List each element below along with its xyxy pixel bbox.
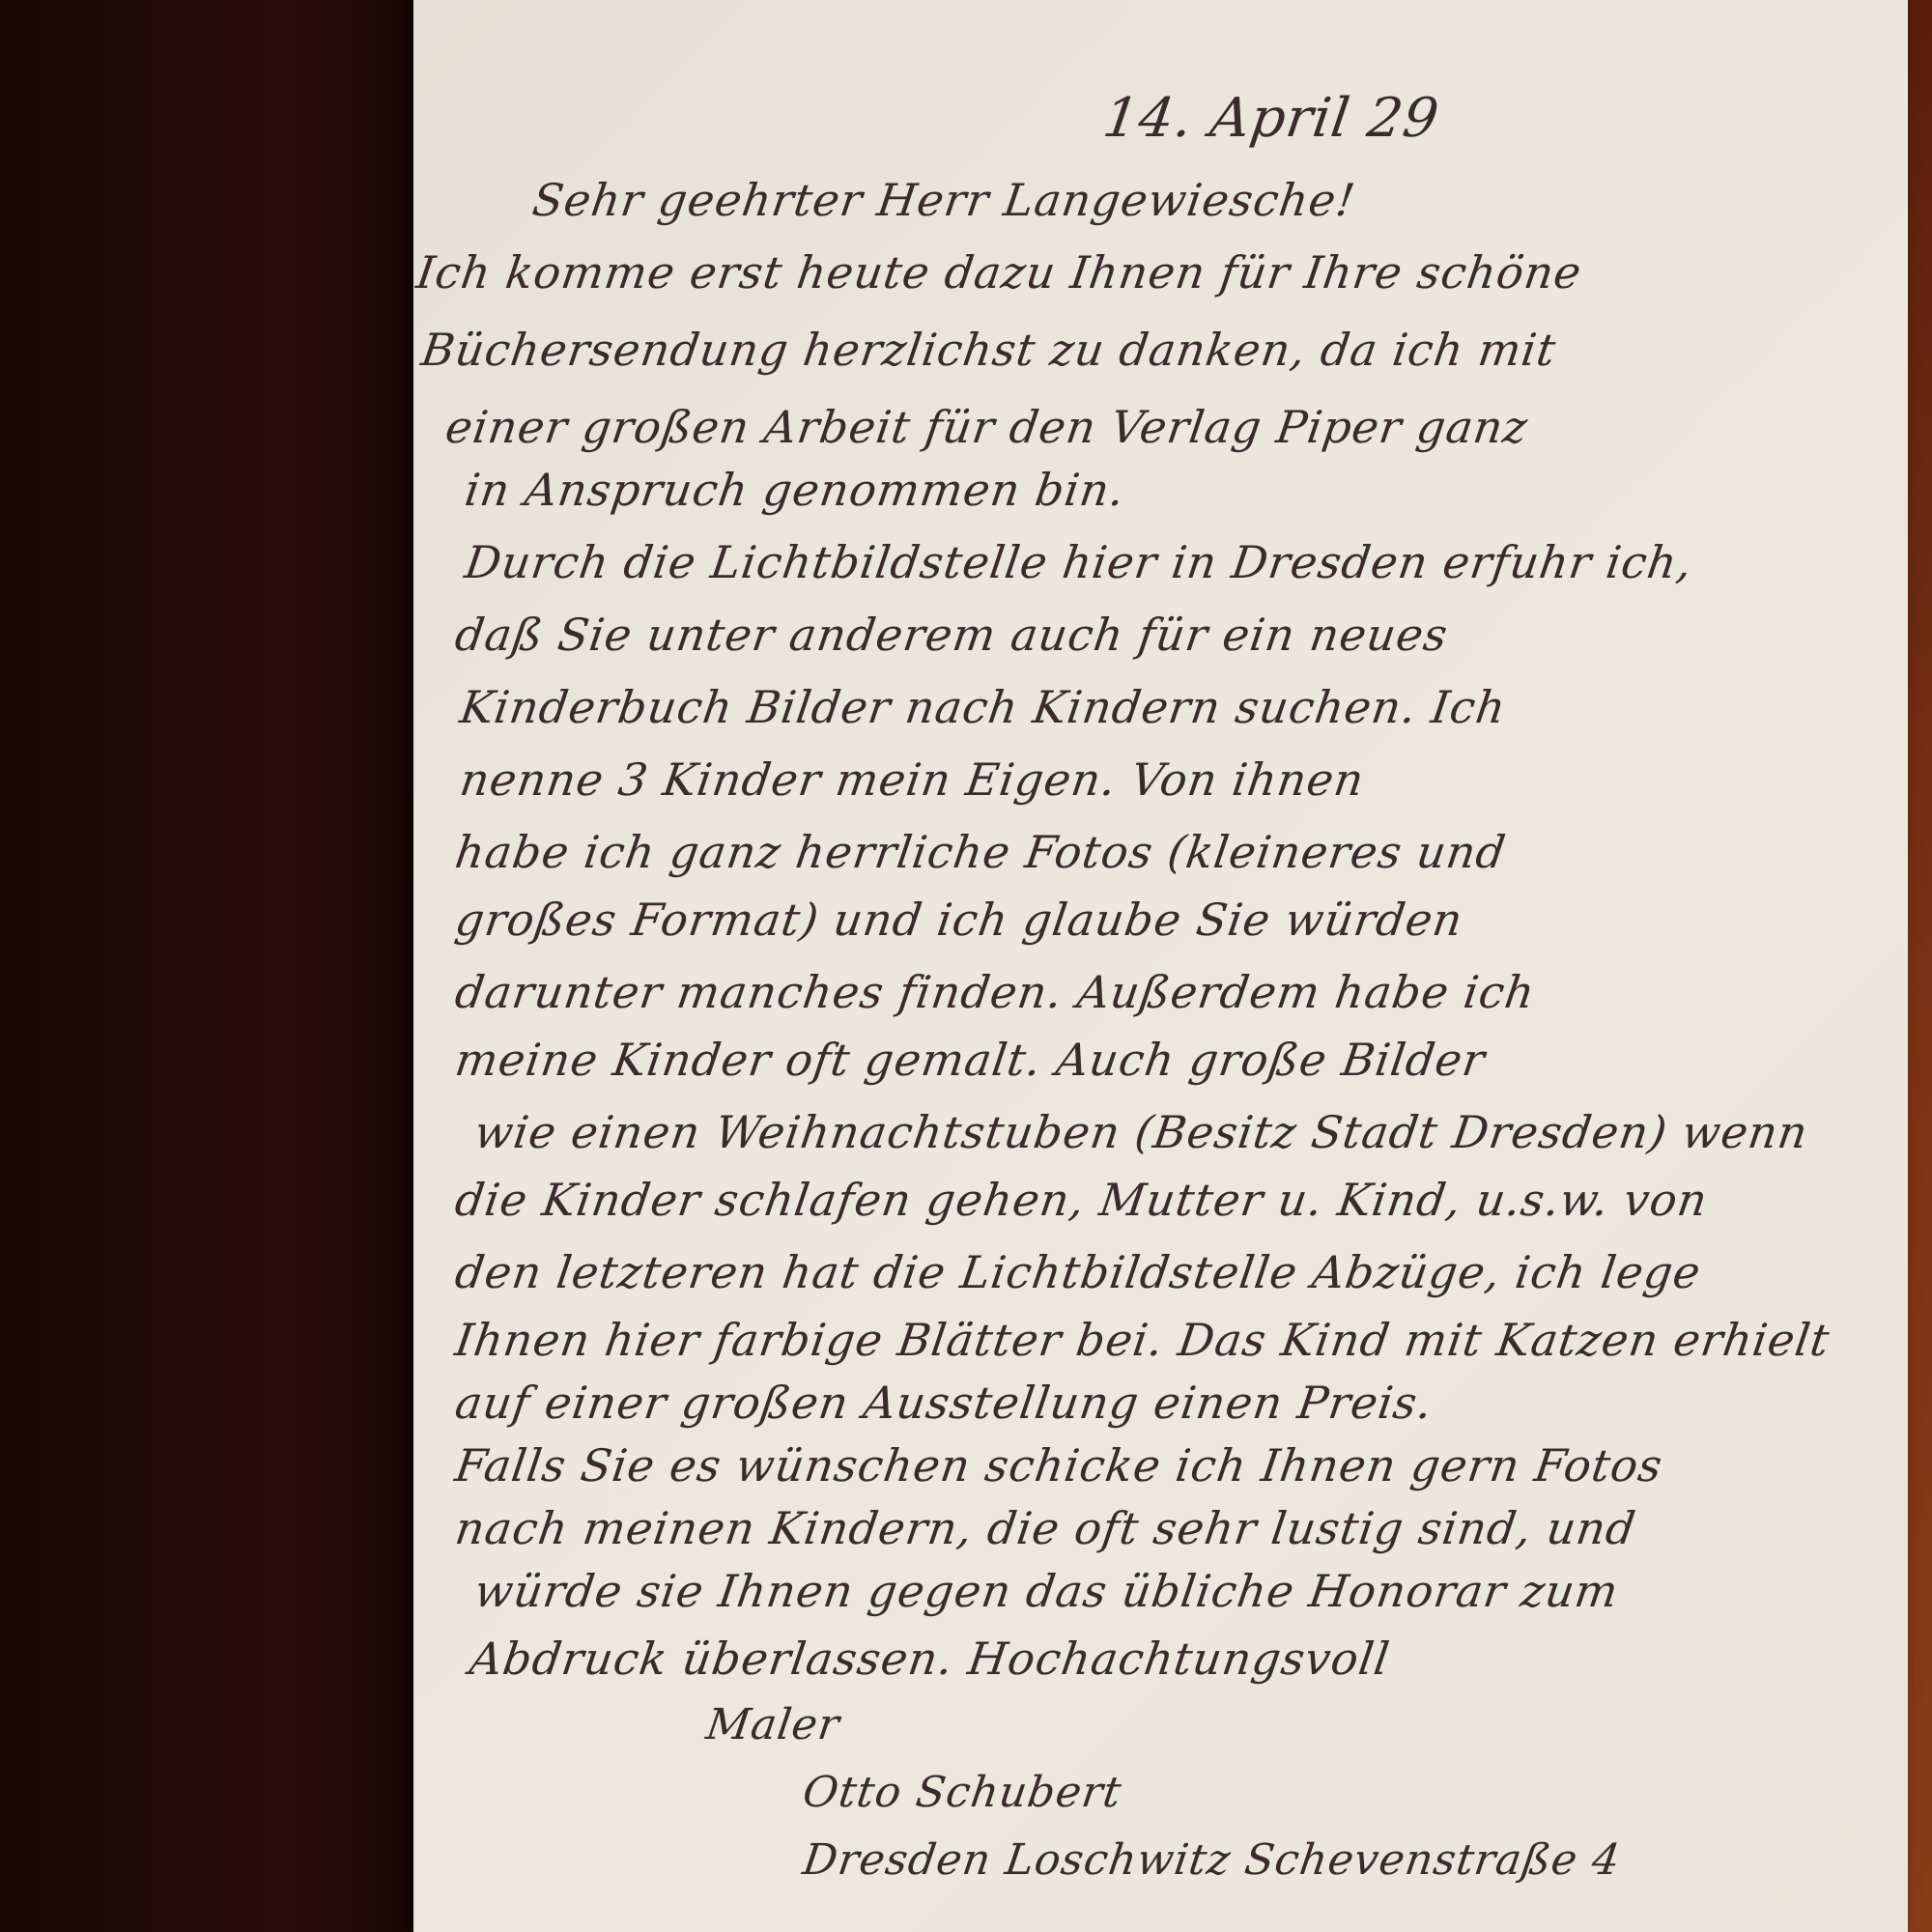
dark-wood-background bbox=[0, 0, 413, 1932]
body-line: darunter manches finden. Außerdem habe i… bbox=[452, 966, 1539, 1018]
body-line-closing: Abdruck überlassen. Hochachtungsvoll bbox=[467, 1633, 1393, 1685]
body-line: nenne 3 Kinder mein Eigen. Von ihnen bbox=[457, 753, 1368, 806]
body-line: in Anspruch genommen bin. bbox=[462, 464, 1128, 516]
body-line: habe ich ganz herrliche Fotos (kleineres… bbox=[452, 826, 1509, 878]
signature-name: Otto Schubert bbox=[800, 1768, 1124, 1817]
body-line: nach meinen Kindern, die oft sehr lustig… bbox=[452, 1502, 1639, 1554]
body-line: Ihnen hier farbige Blätter bei. Das Kind… bbox=[452, 1314, 1833, 1366]
letter-date: 14. April 29 bbox=[1099, 87, 1443, 150]
wood-edge-strip bbox=[1908, 0, 1932, 1932]
body-line: auf einer großen Ausstellung einen Preis… bbox=[452, 1377, 1436, 1429]
signature-address: Dresden Loschwitz Schevenstraße 4 bbox=[800, 1835, 1624, 1885]
body-line: Durch die Lichtbildstelle hier in Dresde… bbox=[462, 536, 1696, 588]
body-line: Büchersendung herzlichst zu danken, da i… bbox=[418, 324, 1559, 376]
salutation: Sehr geehrter Herr Langewiesche! bbox=[529, 174, 1359, 226]
letter-paper: 14. April 29 Sehr geehrter Herr Langewie… bbox=[413, 0, 1908, 1932]
body-line: meine Kinder oft gemalt. Auch große Bild… bbox=[452, 1034, 1489, 1086]
body-line-underlined: die Kinder schlafen gehen, Mutter u. Kin… bbox=[452, 1174, 1711, 1226]
body-line: Ich komme erst heute dazu Ihnen für Ihre… bbox=[413, 246, 1585, 298]
body-line: daß Sie unter anderem auch für ein neues bbox=[452, 609, 1451, 661]
body-line: den letzteren hat die Lichtbildstelle Ab… bbox=[452, 1246, 1704, 1298]
body-line: würde sie Ihnen gegen das übliche Honora… bbox=[471, 1565, 1622, 1617]
body-line: Kinderbuch Bilder nach Kindern suchen. I… bbox=[457, 681, 1509, 733]
body-line-underlined: wie einen Weihnachtstuben (Besitz Stadt … bbox=[471, 1106, 1811, 1158]
signature-title: Maler bbox=[703, 1700, 843, 1749]
body-line: großes Format) und ich glaube Sie würden bbox=[452, 894, 1466, 946]
body-line: Falls Sie es wünschen schicke ich Ihnen … bbox=[452, 1439, 1666, 1492]
body-line: einer großen Arbeit für den Verlag Piper… bbox=[442, 401, 1531, 453]
